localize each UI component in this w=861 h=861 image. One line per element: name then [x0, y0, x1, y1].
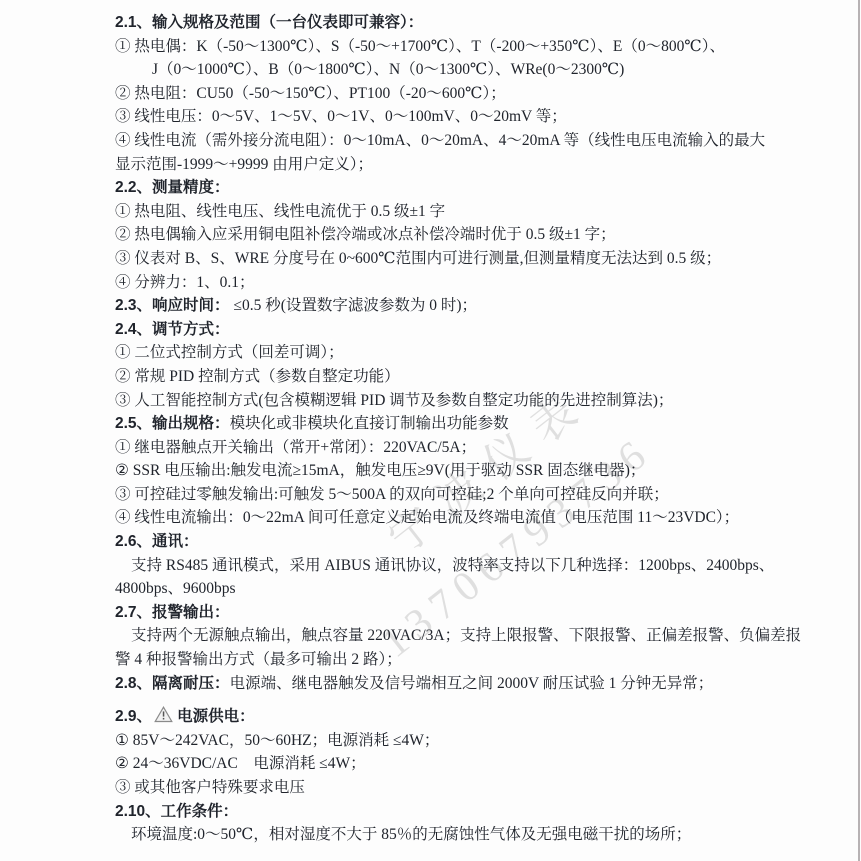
body-text: ② 热电偶输入应采用铜电阻补偿冷端或冰点补偿冷端时优于 0.5 级±1 字； [115, 226, 616, 243]
body-text: ③ 可控硅过零触发输出:可触发 5～500A 的双向可控硅;2 个单向可控硅反向… [115, 486, 669, 503]
section-heading-text: 2.4、调节方式： [115, 321, 230, 338]
section-heading-text: 2.10、工作条件： [115, 803, 238, 820]
body-text: ④ 分辨力：1、0.1； [115, 274, 255, 291]
doc-line: ① 热电阻、线性电压、线性电流优于 0.5 级±1 字 [115, 200, 763, 224]
doc-line: ④ 线性电流（需外接分流电阻）：0～10mA、0～20mA、4～20mA 等（线… [115, 129, 763, 153]
doc-line: ③ 可控硅过零触发输出:可触发 5～500A 的双向可控硅;2 个单向可控硅反向… [115, 483, 763, 507]
doc-line: J（0～1000℃）、B（0～1800℃）、N（0～1300℃）、WRe(0～2… [115, 58, 763, 82]
doc-line: 2.4、调节方式： [115, 318, 763, 342]
body-text: 4800bps、9600bps [115, 580, 236, 597]
body-text: ③ 人工智能控制方式(包含模糊逻辑 PID 调节及参数自整定功能的先进控制算法)… [115, 392, 673, 409]
body-text: ② 常规 PID 控制方式（参数自整定功能） [115, 368, 400, 385]
section-heading-text: 2.8、隔离耐压： [115, 675, 230, 692]
doc-lines: 2.1、输入规格及范围（一台仪表即可兼容）：① 热电偶：K（-50～1300℃）… [115, 11, 763, 847]
body-text: ① 85V～242VAC，50～60HZ；电源消耗 ≤4W； [115, 732, 439, 749]
doc-line: ② 常规 PID 控制方式（参数自整定功能） [115, 365, 763, 389]
section-heading-text: 2.7、报警输出： [115, 604, 230, 621]
body-text: ② 热电阻：CU50（-50～150℃）、PT100（-20～600℃）； [115, 85, 506, 102]
doc-line: ① 二位式控制方式（回差可调）； [115, 341, 763, 365]
doc-line: 2.6、通讯： [115, 530, 763, 554]
document-page: { "page": { "background": "#fdfdfd", "te… [0, 0, 861, 861]
doc-line: 警 4 种报警输出方式（最多可输出 2 路）； [115, 648, 763, 672]
body-text: ① 二位式控制方式（回差可调）； [115, 344, 344, 361]
doc-line: 环境温度:0～50℃，相对湿度不大于 85％的无腐蚀性气体及无强电磁干扰的场所； [115, 823, 763, 847]
doc-line: 支持 RS485 通讯模式，采用 AIBUS 通讯协议，波特率支持以下几种选择：… [115, 554, 763, 578]
doc-line: ③ 线性电压：0～5V、1～5V、0～1V、0～100mV、0～20mV 等； [115, 105, 763, 129]
body-text: ③ 或其他客户特殊要求电压 [115, 779, 305, 796]
section-heading-text: 2.3、响应时间： [115, 297, 230, 314]
body-text: ① 热电偶：K（-50～1300℃）、S（-50～+1700℃）、T（-200～… [115, 38, 725, 55]
doc-line: ② 热电阻：CU50（-50～150℃）、PT100（-20～600℃）； [115, 82, 763, 106]
doc-line: ③ 人工智能控制方式(包含模糊逻辑 PID 调节及参数自整定功能的先进控制算法)… [115, 389, 763, 413]
doc-line: 2.8、隔离耐压：电源端、继电器触发及信号端相互之间 2000V 耐压试验 1 … [115, 672, 763, 696]
doc-line: ① 85V～242VAC，50～60HZ；电源消耗 ≤4W； [115, 729, 763, 753]
body-text: 环境温度:0～50℃，相对湿度不大于 85％的无腐蚀性气体及无强电磁干扰的场所； [131, 826, 691, 843]
body-text: J（0～1000℃）、B（0～1800℃）、N（0～1300℃）、WRe(0～2… [152, 61, 624, 78]
section-heading-text: 2.5、输出规格： [115, 415, 230, 432]
section-heading-text: 2.9、 [115, 708, 152, 725]
body-text: 显示范围-1999～+9999 由用户定义）； [115, 156, 373, 173]
body-text: ② 24～36VDC/AC 电源消耗 ≤4W； [115, 755, 366, 772]
doc-line: 2.2、测量精度： [115, 176, 763, 200]
section-heading-text: 电源供电： [177, 708, 255, 725]
section-heading-text: 2.2、测量精度： [115, 179, 230, 196]
doc-line: ① 热电偶：K（-50～1300℃）、S（-50～+1700℃）、T（-200～… [115, 35, 763, 59]
body-text: ③ 线性电压：0～5V、1～5V、0～1V、0～100mV、0～20mV 等； [115, 108, 567, 125]
body-text: ④ 线性电流（需外接分流电阻）：0～10mA、0～20mA、4～20mA 等（线… [115, 132, 765, 149]
doc-line: 4800bps、9600bps [115, 577, 763, 601]
body-text: ① 继电器触点开关输出（常开+常闭）：220VAC/5A； [115, 439, 476, 456]
doc-line: ② 热电偶输入应采用铜电阻补偿冷端或冰点补偿冷端时优于 0.5 级±1 字； [115, 223, 763, 247]
body-text: ① 热电阻、线性电压、线性电流优于 0.5 级±1 字 [115, 203, 445, 220]
section-heading-text: 2.6、通讯： [115, 533, 199, 550]
body-text: 支持 RS485 通讯模式，采用 AIBUS 通讯协议，波特率支持以下几种选择：… [131, 557, 774, 574]
doc-line: ② SSR 电压输出:触发电流≥15mA，触发电压≥9V(用于驱动 SSR 固态… [115, 459, 763, 483]
doc-line: 2.1、输入规格及范围（一台仪表即可兼容）： [115, 11, 763, 35]
body-text: ≤0.5 秒(设置数字滤波参数为 0 时)； [230, 297, 477, 314]
body-text: 电源端、继电器触发及信号端相互之间 2000V 耐压试验 1 分钟无异常； [230, 675, 714, 692]
doc-line: 支持两个无源触点输出，触点容量 220VAC/3A；支持上限报警、下限报警、正偏… [115, 624, 763, 648]
doc-line: 2.9、电源供电： [115, 705, 763, 729]
body-text: 支持两个无源触点输出，触点容量 220VAC/3A；支持上限报警、下限报警、正偏… [131, 627, 801, 644]
body-text: ③ 仪表对 B、S、WRE 分度号在 0~600℃范围内可进行测量,但测量精度无… [115, 250, 721, 267]
warning-triangle-icon [154, 706, 173, 723]
body-text: ② SSR 电压输出:触发电流≥15mA，触发电压≥9V(用于驱动 SSR 固态… [115, 462, 645, 479]
doc-line: ④ 分辨力：1、0.1； [115, 271, 763, 295]
doc-line: ② 24～36VDC/AC 电源消耗 ≤4W； [115, 752, 763, 776]
section-heading-text: 2.1、输入规格及范围（一台仪表即可兼容）： [115, 14, 423, 31]
doc-line: 2.10、工作条件： [115, 800, 763, 824]
doc-line: 2.5、输出规格：模块化或非模块化直接订制输出功能参数 [115, 412, 763, 436]
doc-line: 2.7、报警输出： [115, 601, 763, 625]
doc-line: ① 继电器触点开关输出（常开+常闭）：220VAC/5A； [115, 436, 763, 460]
page-edge-line [858, 0, 860, 861]
body-text: 警 4 种报警输出方式（最多可输出 2 路）； [115, 651, 402, 668]
doc-line: ③ 仪表对 B、S、WRE 分度号在 0~600℃范围内可进行测量,但测量精度无… [115, 247, 763, 271]
doc-line: 2.3、响应时间： ≤0.5 秒(设置数字滤波参数为 0 时)； [115, 294, 763, 318]
doc-line: ③ 或其他客户特殊要求电压 [115, 776, 763, 800]
body-text: 模块化或非模块化直接订制输出功能参数 [230, 415, 509, 432]
body-text: ④ 线性电流输出：0～22mA 间可任意定义起始电流及终端电流值（电压范围 11… [115, 509, 739, 526]
doc-line: ④ 线性电流输出：0～22mA 间可任意定义起始电流及终端电流值（电压范围 11… [115, 506, 763, 530]
doc-line: 显示范围-1999～+9999 由用户定义）； [115, 153, 763, 177]
